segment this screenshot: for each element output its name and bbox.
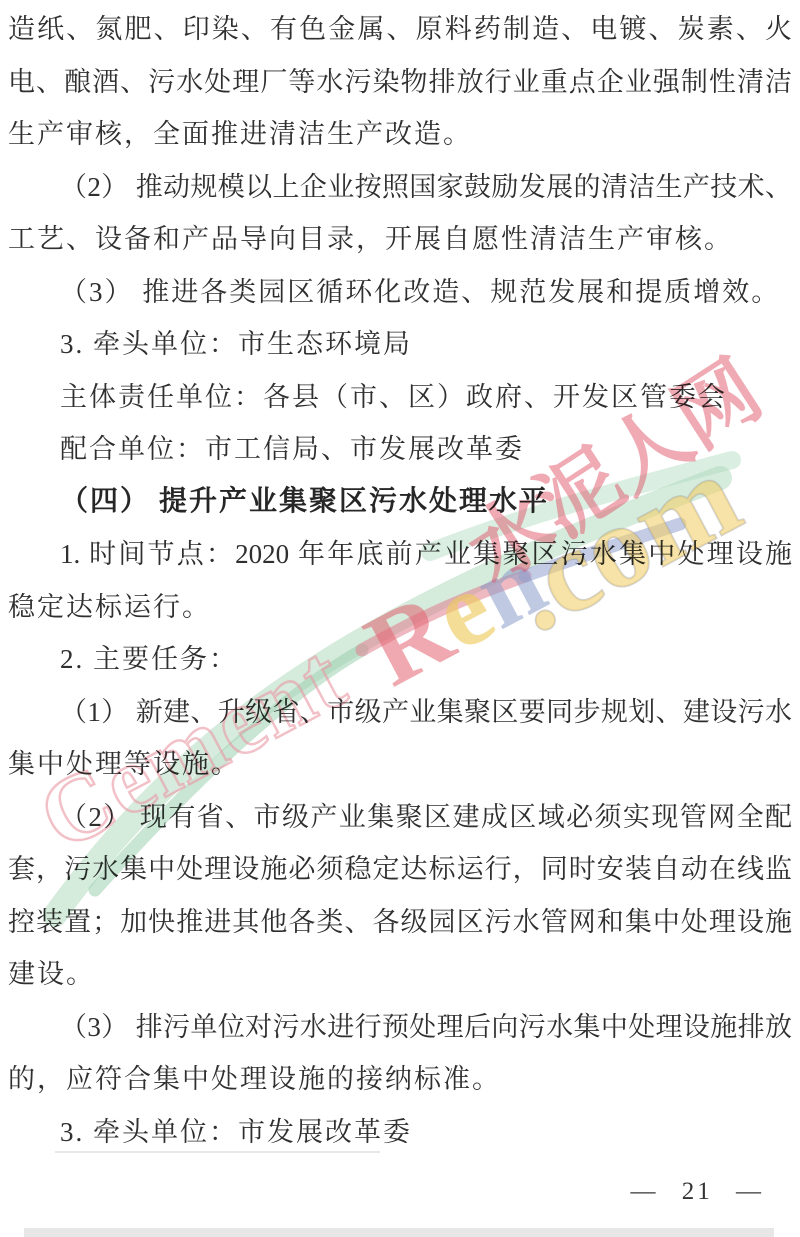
text-line: 的，应符合集中处理设施的接纳标准。 [8,1053,792,1106]
text-line: 配合单位：市工信局、市发展改革委 [8,423,792,476]
text-line: 电、酿酒、污水处理厂等水污染物排放行业重点企业强制性清洁 [8,56,792,109]
text-line: 集中处理等设施。 [8,738,792,791]
page-number: — 21 — [631,1178,765,1206]
document-body: 造纸、氮肥、印染、有色金属、原料药制造、电镀、炭素、火 电、酿酒、污水处理厂等水… [8,3,792,1158]
text-line: 主体责任单位：各县（市、区）政府、开发区管委会 [8,371,792,424]
text-line: 造纸、氮肥、印染、有色金属、原料药制造、电镀、炭素、火 [8,3,792,56]
text-line: 2. 主要任务： [8,633,792,686]
text-line: （2） 推动规模以上企业按照国家鼓励发展的清洁生产技术、 [8,161,792,214]
text-line: （2） 现有省、市级产业集聚区建成区域必须实现管网全配 [8,791,792,844]
text-line: 稳定达标运行。 [8,581,792,634]
text-line: 1. 时间节点：2020 年年底前产业集聚区污水集中处理设施 [8,528,792,581]
text-line: 建设。 [8,948,792,1001]
text-line: 3. 牵头单位：市发展改革委 [8,1106,792,1159]
page-edge-shadow [24,1228,774,1237]
section-heading: （四） 提升产业集聚区污水处理水平 [8,476,792,529]
text-line: 套，污水集中处理设施必须稳定达标运行，同时安装自动在线监 [8,843,792,896]
text-line: （3） 排污单位对污水进行预处理后向污水集中处理设施排放 [8,1001,792,1054]
text-line: 3. 牵头单位：市生态环境局 [8,318,792,371]
text-line: 生产审核，全面推进清洁生产改造。 [8,108,792,161]
scanned-document-page: 造纸、氮肥、印染、有色金属、原料药制造、电镀、炭素、火 电、酿酒、污水处理厂等水… [0,0,800,1237]
text-line: 控装置；加快推进其他各类、各级园区污水管网和集中处理设施 [8,896,792,949]
text-line: 工艺、设备和产品导向目录，开展自愿性清洁生产审核。 [8,213,792,266]
text-line: （3） 推进各类园区循环化改造、规范发展和提质增效。 [8,266,792,319]
text-line: （1） 新建、升级省、市级产业集聚区要同步规划、建设污水 [8,686,792,739]
